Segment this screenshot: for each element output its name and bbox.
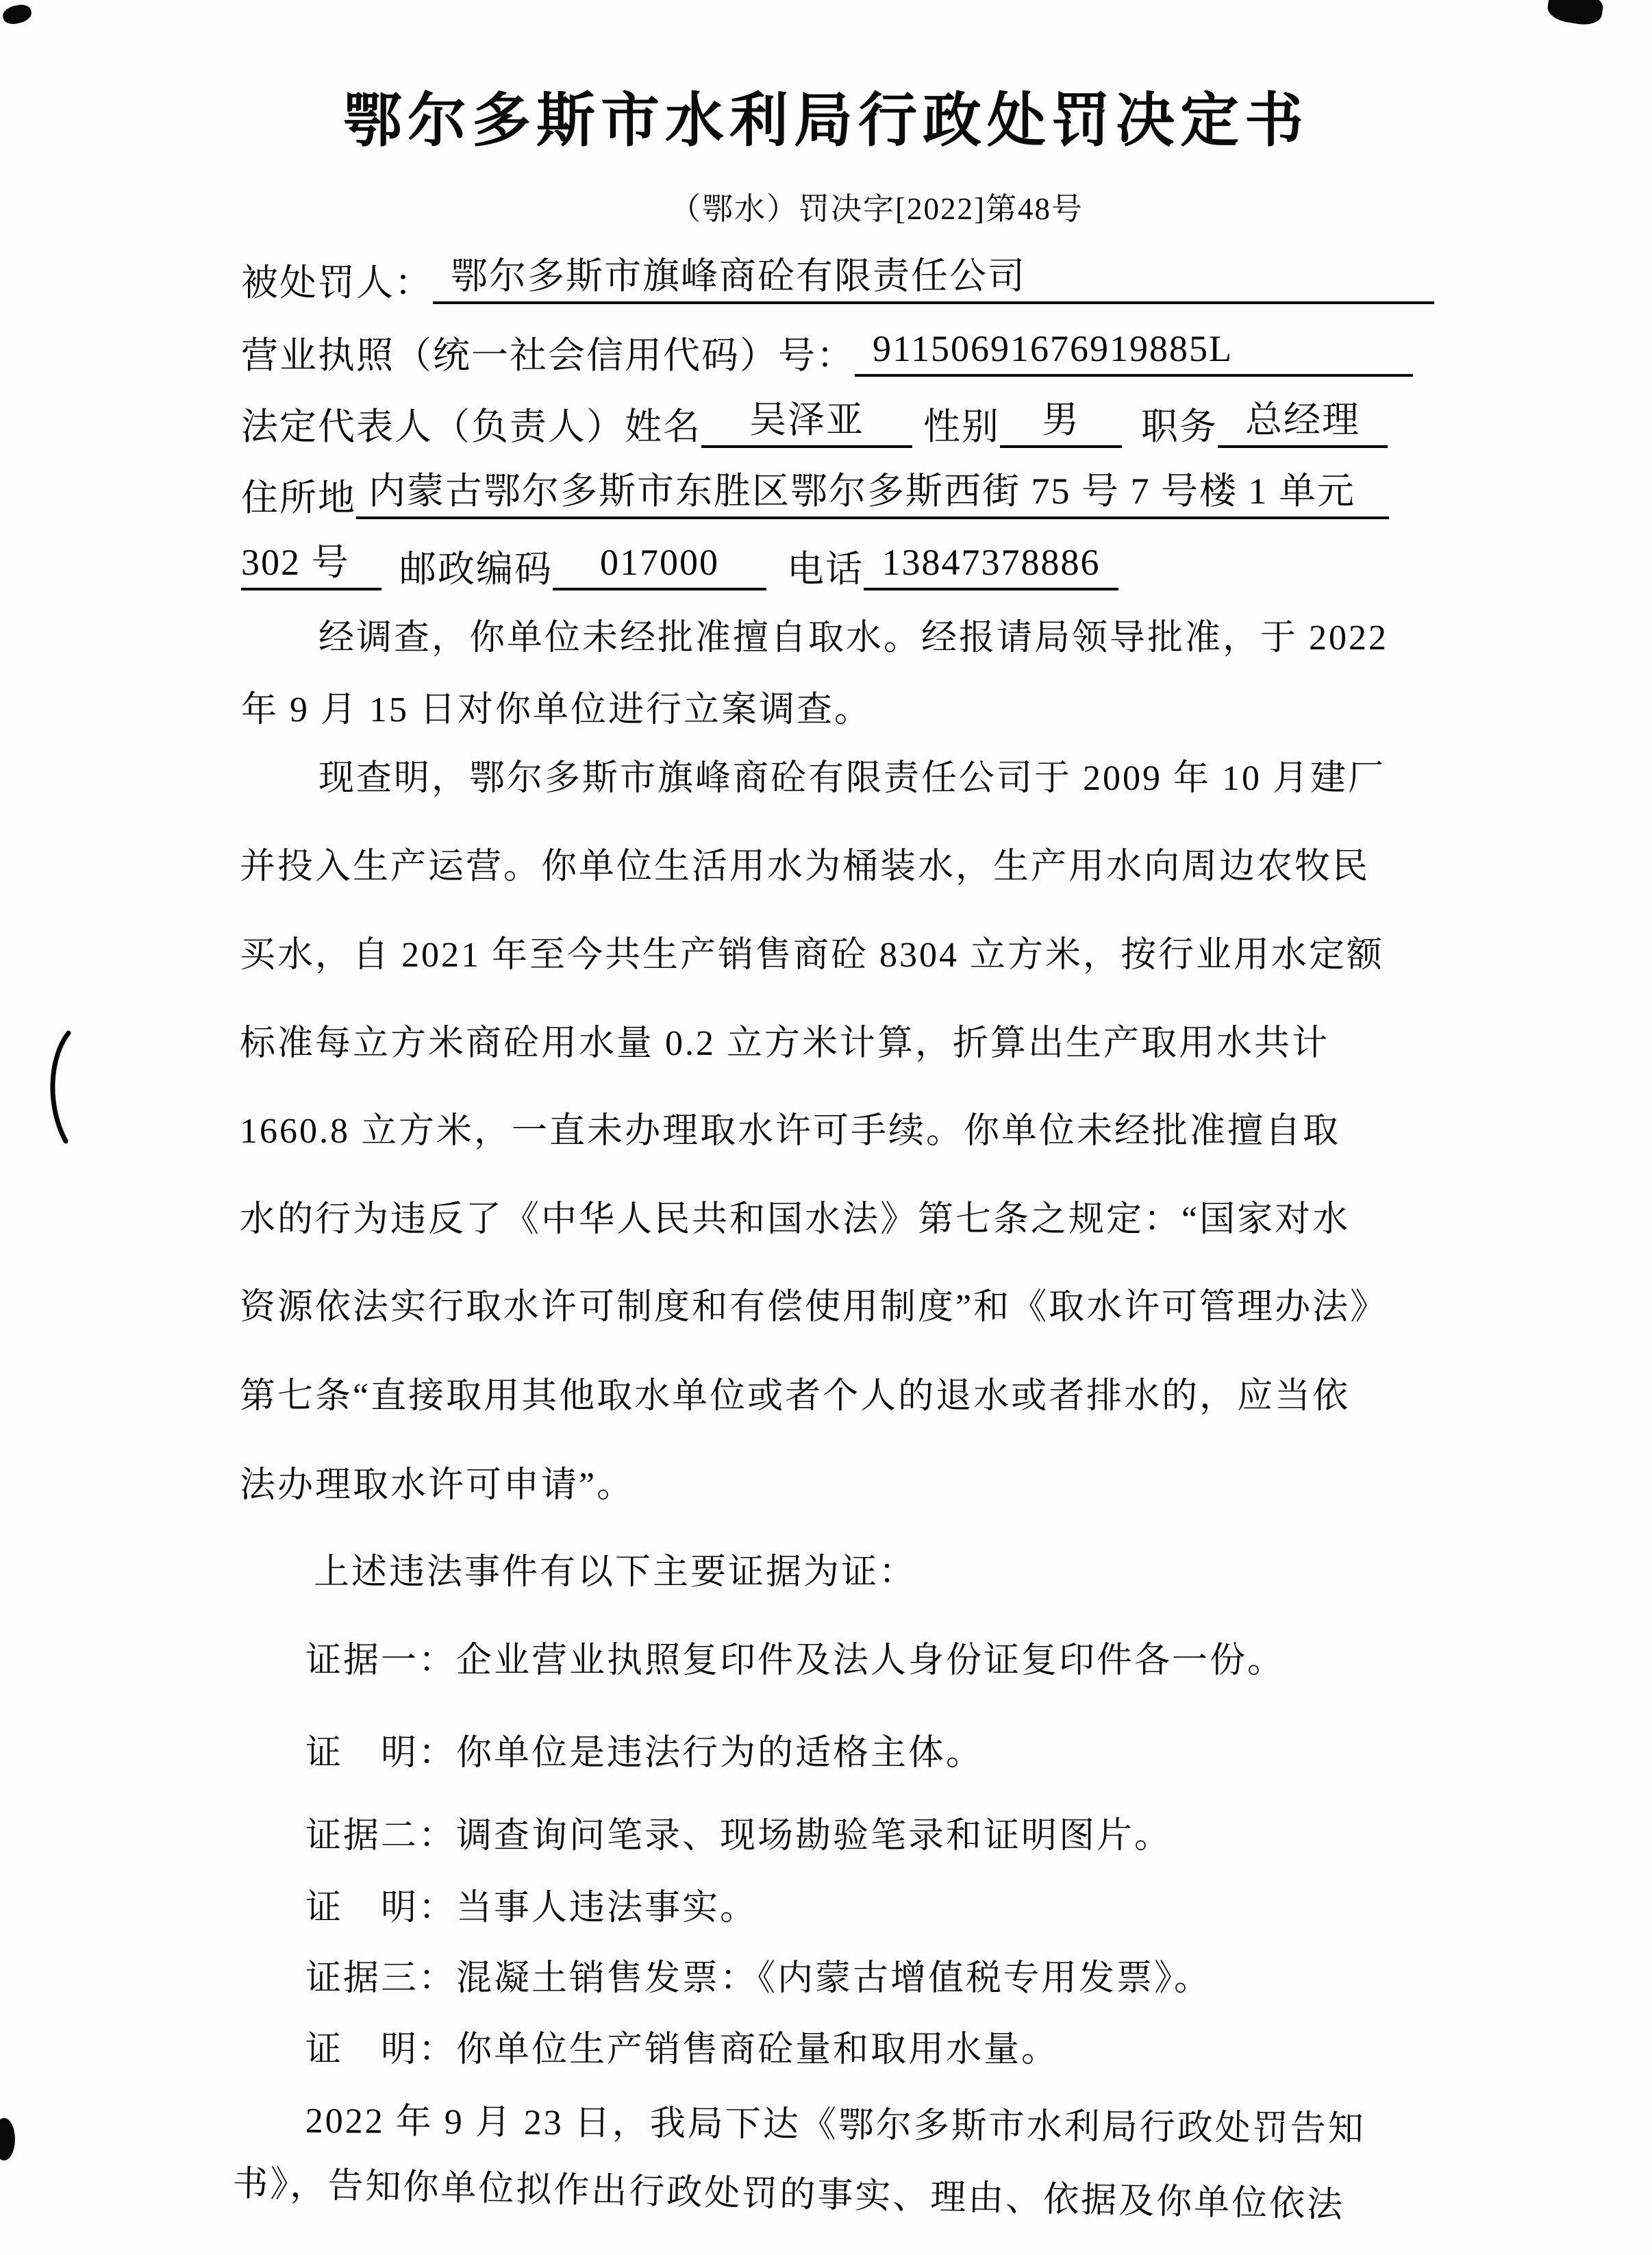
scan-artifact-top-right [1546, 0, 1605, 27]
address-value-2: 302 号 [241, 541, 381, 590]
legal-rep-name: 吴泽亚 [701, 399, 912, 448]
evidence-line: 证据一：企业营业执照复印件及法人身份证复印件各一份。 [305, 1641, 1285, 1680]
evidence-line: 证据二：调查询问笔录、现场勘验笔录和证明图片。 [305, 1817, 1172, 1856]
field-line-contact: 302 号邮政编码017000电话13847378886 [241, 541, 1118, 590]
address-value: 内蒙古鄂尔多斯市东胜区鄂尔多斯西街 75 号 7 号楼 1 单元 [356, 470, 1389, 519]
paragraph-line: 买水，自 2021 年至今共生产销售商砼 8304 立方米，按行业用水定额 [240, 936, 1384, 975]
scan-artifact-bottom-left [0, 2118, 15, 2160]
field-line-legal-rep: 法定代表人（负责人）姓名吴泽亚性别男职务总经理 [241, 399, 1388, 448]
license-label: 营业执照（统一社会信用代码）号： [241, 334, 855, 377]
scanned-document-page: 鄂尔多斯市水利局行政处罚决定书 （鄂水）罚决字[2022]第48号 被处罚人：鄂… [0, 0, 1652, 2255]
gender-value: 男 [1000, 399, 1122, 448]
phone-label: 电话 [787, 548, 864, 590]
paragraph-line: 法办理取水许可申请”。 [240, 1466, 634, 1505]
gender-label: 性别 [923, 406, 1000, 448]
scan-artifact-curve [44, 1029, 75, 1147]
postcode-label: 邮政编码 [399, 548, 553, 590]
paragraph-line: 资源依法实行取水许可制度和有偿使用制度”和《取水许可管理办法》 [240, 1288, 1388, 1327]
evidence-line: 证 明：你单位生产销售商砼量和取用水量。 [305, 2030, 1059, 2069]
evidence-line: 证 明：当事人违法事实。 [305, 1889, 758, 1928]
paragraph-line: 经调查，你单位未经批准擅自取水。经报请局领导批准，于 2022 [318, 619, 1388, 658]
evidence-line: 证据三：混凝土销售发票：《内蒙古增值税专用发票》。 [305, 1959, 1212, 1998]
phone-value: 13847378886 [864, 541, 1118, 590]
paragraph-line: 年 9 月 15 日对你单位进行立案调查。 [241, 690, 872, 730]
address-label: 住所地 [241, 477, 356, 519]
closing-line: 2022 年 9 月 23 日，我局下达《鄂尔多斯市水利局行政处罚告知 [305, 2102, 1366, 2149]
closing-line: 书》，告知你单位拟作出行政处罚的事实、理由、依据及你单位依法 [232, 2165, 1345, 2225]
recipient-value: 鄂尔多斯市旗峰商砼有限责任公司 [433, 255, 1434, 304]
evidence-intro-line: 上述违法事件有以下主要证据为证： [314, 1553, 916, 1592]
legal-rep-label: 法定代表人（负责人）姓名 [241, 406, 701, 448]
evidence-line: 证 明：你单位是违法行为的适格主体。 [305, 1734, 984, 1773]
field-line-license: 营业执照（统一社会信用代码）号：91150691676919885L [241, 327, 1413, 377]
paragraph-line: 1660.8 立方米，一直未办理取水许可手续。你单位未经批准擅自取 [240, 1112, 1340, 1151]
paragraph-line: 现查明，鄂尔多斯市旗峰商砼有限责任公司于 2009 年 10 月建厂 [318, 759, 1386, 798]
field-line-recipient: 被处罚人：鄂尔多斯市旗峰商砼有限责任公司 [241, 255, 1434, 304]
position-label: 职务 [1141, 406, 1218, 448]
document-number: （鄂水）罚决字[2022]第48号 [670, 184, 1084, 228]
postcode-value: 017000 [553, 541, 766, 590]
paragraph-line: 并投入生产运营。你单位生活用水为桶装水，生产用水向周边农牧民 [240, 847, 1370, 886]
recipient-label: 被处罚人： [241, 262, 433, 304]
field-line-address: 住所地内蒙古鄂尔多斯市东胜区鄂尔多斯西街 75 号 7 号楼 1 单元 [241, 470, 1389, 519]
position-value: 总经理 [1218, 399, 1388, 448]
paragraph-line: 第七条“直接取用其他取水单位或者个人的退水或者排水的，应当依 [240, 1377, 1350, 1416]
scan-artifact-top-left [1, 2, 33, 26]
paragraph-line: 标准每立方米商砼用水量 0.2 立方米计算，折算出生产取用水共计 [240, 1024, 1329, 1063]
document-title: 鄂尔多斯市水利局行政处罚决定书 [0, 73, 1652, 158]
paragraph-line: 水的行为违反了《中华人民共和国水法》第七条之规定：“国家对水 [240, 1200, 1350, 1239]
license-value: 91150691676919885L [855, 327, 1413, 377]
